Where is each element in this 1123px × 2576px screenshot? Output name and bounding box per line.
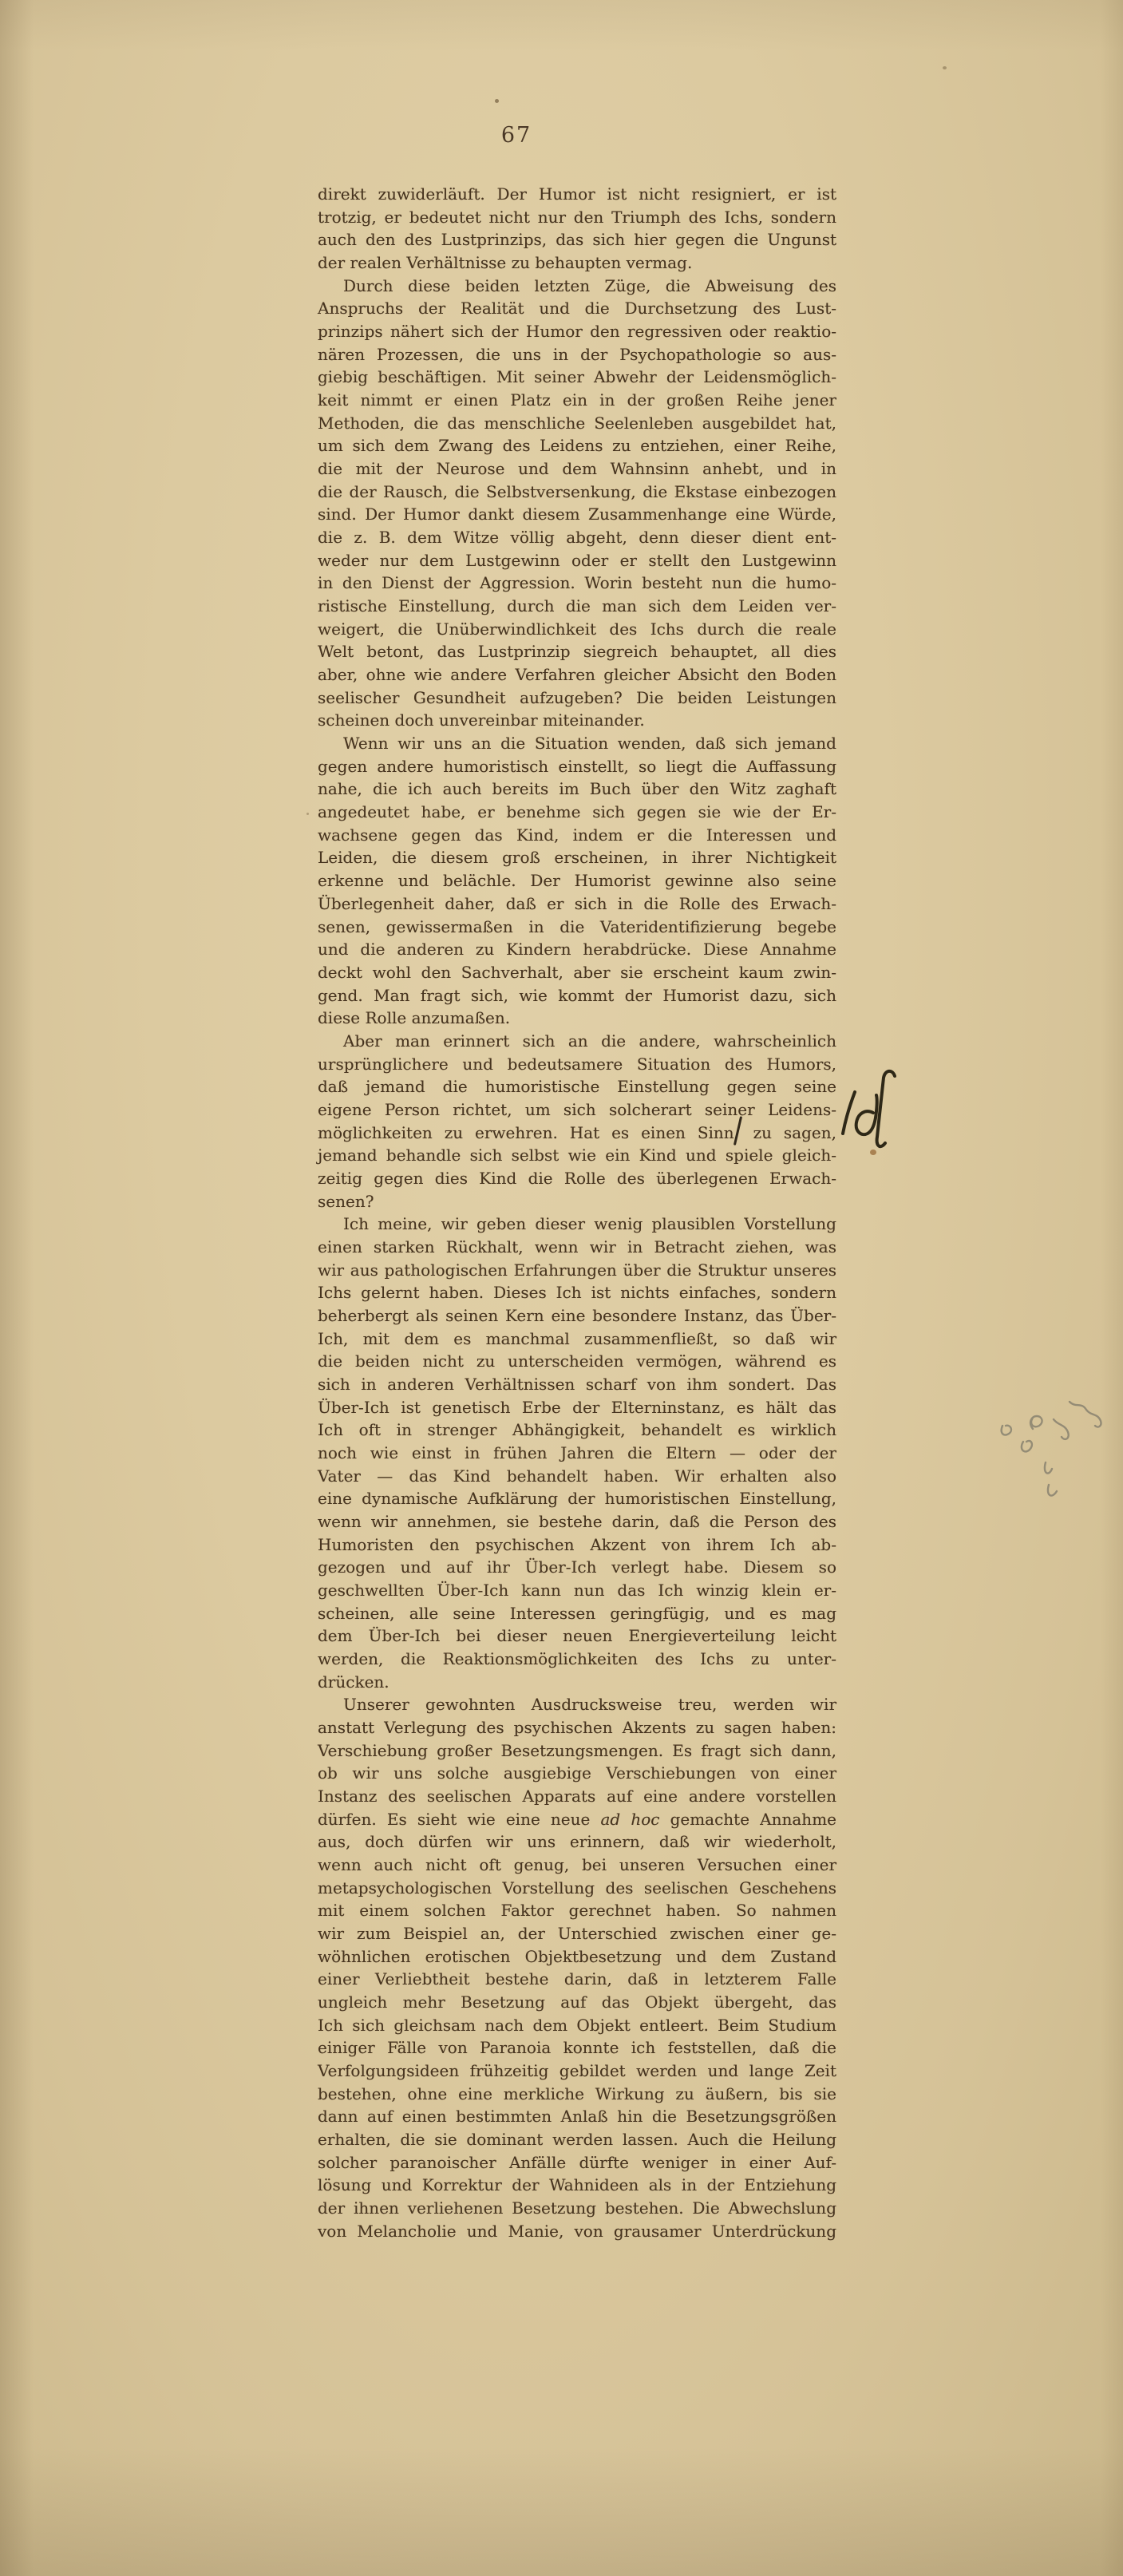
- text-line: ungleich mehr Besetzung auf das Objekt ü…: [318, 1991, 836, 2014]
- text-line: giebig beschäftigen. Mit seiner Abwehr d…: [318, 366, 836, 389]
- text-line: Ich oft in strenger Abhängigkeit, behand…: [318, 1419, 836, 1442]
- text-line: Vater — das Kind behandelt haben. Wir er…: [318, 1465, 836, 1488]
- scanned-book-page: { "document": { "page_number": "67", "la…: [0, 0, 1123, 2576]
- text-line: sind. Der Humor dankt diesem Zusammenhan…: [318, 503, 836, 526]
- text-line: scheinen, alle seine Interessen geringfü…: [318, 1602, 836, 1625]
- text-line: wachsene gegen das Kind, indem er die In…: [318, 824, 836, 847]
- text-line: direkt zuwiderläuft. Der Humor ist nicht…: [318, 183, 836, 206]
- text-line: wir zum Beispiel an, der Unterschied zwi…: [318, 1922, 836, 1945]
- text-line: Verfolgungsideen frühzeitig gebildet wer…: [318, 2060, 836, 2083]
- margin-pencil-annotation: [991, 1395, 1111, 1511]
- inline-pen-slash: [734, 1138, 741, 1138]
- text-line: bestehen, ohne eine merkliche Wirkung zu…: [318, 2083, 836, 2106]
- text-line: ristische Einstellung, durch die man sic…: [318, 595, 836, 618]
- text-line: metapsychologischen Vorstellung des seel…: [318, 1877, 836, 1900]
- text-line: die der Rausch, die Selbstversenkung, di…: [318, 481, 836, 504]
- text-line: scheinen doch unvereinbar miteinander.: [318, 709, 836, 732]
- text-line: solcher paranoischer Anfälle dürfte weni…: [318, 2151, 836, 2174]
- text-line: weder nur dem Lustgewinn oder er stellt …: [318, 549, 836, 572]
- text-line: nären Prozessen, die uns in der Psychopa…: [318, 343, 836, 366]
- text-line: eine dynamische Aufklärung der humoristi…: [318, 1487, 836, 1510]
- margin-ink-annotation: [832, 1063, 911, 1163]
- text-line: beherbergt als seinen Kern eine besonder…: [318, 1304, 836, 1328]
- text-line: Welt betont, das Lustprinzip siegreich b…: [318, 640, 836, 663]
- body-text-block: direkt zuwiderläuft. Der Humor ist nicht…: [318, 183, 836, 2242]
- text-line: wöhnlichen erotischen Objektbesetzung un…: [318, 1945, 836, 1969]
- page-number: 67: [476, 123, 556, 148]
- text-line: Ichs gelernt haben. Dieses Ich ist nicht…: [318, 1281, 836, 1304]
- ink-blot-speck: [870, 1150, 876, 1155]
- text-line: Methoden, die das menschliche Seelenlebe…: [318, 412, 836, 435]
- text-line: dann auf einen bestimmten Anlaß hin die …: [318, 2105, 836, 2128]
- text-line: prinzips nähert sich der Humor den regre…: [318, 320, 836, 343]
- text-line: anstatt Verlegung des psychischen Akzent…: [318, 1716, 836, 1739]
- text-line: senen, gewissermaßen in die Vateridentif…: [318, 916, 836, 939]
- text-line: dürfen. Es sieht wie eine neue ad hoc ge…: [318, 1808, 836, 1831]
- text-line: ob wir uns solche ausgiebige Verschiebun…: [318, 1762, 836, 1785]
- text-line: auch den des Lustprinzips, das sich hier…: [318, 228, 836, 251]
- text-line: erkenne und belächle. Der Humorist gewin…: [318, 869, 836, 892]
- text-line: Unserer gewohnten Ausdrucksweise treu, w…: [318, 1693, 836, 1716]
- text-line: eigene Person richtet, um sich solcherar…: [318, 1098, 836, 1122]
- text-line: diese Rolle anzumaßen.: [318, 1007, 836, 1030]
- text-line: seelischer Gesundheit aufzugeben? Die be…: [318, 687, 836, 710]
- text-line: und die anderen zu Kindern herabdrücke. …: [318, 938, 836, 961]
- text-line: der ihnen verliehenen Besetzung bestehen…: [318, 2197, 836, 2220]
- text-line: Instanz des seelischen Apparats auf eine…: [318, 1785, 836, 1808]
- text-line: Ich meine, wir geben dieser wenig plausi…: [318, 1213, 836, 1236]
- text-line: Leiden, die diesem groß erscheinen, in i…: [318, 846, 836, 869]
- italic-phrase: ad hoc: [600, 1810, 659, 1829]
- text-line: daß jemand die humoristische Einstellung…: [318, 1075, 836, 1098]
- text-line: gezogen und auf ihr Über-Ich verlegt hab…: [318, 1556, 836, 1579]
- text-line: Überlegenheit daher, daß er sich in die …: [318, 892, 836, 916]
- text-line: gegen andere humoristisch einstellt, so …: [318, 755, 836, 778]
- text-line: trotzig, er bedeutet nicht nur den Trium…: [318, 206, 836, 229]
- text-line: Verschiebung großer Besetzungsmengen. Es…: [318, 1739, 836, 1763]
- text-line: angedeutet habe, er benehme sich gegen s…: [318, 801, 836, 824]
- text-line: von Melancholie und Manie, von grausamer…: [318, 2220, 836, 2243]
- text-line: die z. B. dem Witze völlig abgeht, denn …: [318, 526, 836, 549]
- text-line: mit einem solchen Faktor gerechnet haben…: [318, 1899, 836, 1922]
- text-line: erhalten, die sie dominant werden lassen…: [318, 2128, 836, 2151]
- book-page: 67 direkt zuwiderläuft. Der Humor ist ni…: [0, 0, 1123, 2576]
- text-line: wenn wir annehmen, sie bestehe darin, da…: [318, 1510, 836, 1533]
- text-line: Ich sich gleichsam nach dem Objekt entle…: [318, 2014, 836, 2037]
- text-line: deckt wohl den Sachverhalt, aber sie ers…: [318, 961, 836, 984]
- text-line: Humoristen den psychischen Akzent von ih…: [318, 1533, 836, 1557]
- text-line: aus, doch dürfen wir uns erinnern, daß w…: [318, 1830, 836, 1854]
- text-line: werden, die Reaktionsmöglichkeiten des I…: [318, 1648, 836, 1671]
- text-line: Durch diese beiden letzten Züge, die Abw…: [318, 275, 836, 298]
- text-line: wir aus pathologischen Erfahrungen über …: [318, 1259, 836, 1282]
- text-line: gend. Man fragt sich, wie kommt der Humo…: [318, 984, 836, 1007]
- text-line: einer Verliebtheit bestehe darin, daß in…: [318, 1968, 836, 1991]
- text-line: drücken.: [318, 1671, 836, 1694]
- text-line: die beiden nicht zu unterscheiden vermög…: [318, 1350, 836, 1373]
- text-line: Wenn wir uns an die Situation wenden, da…: [318, 732, 836, 755]
- paper-speck: [943, 66, 947, 69]
- text-line: ursprünglichere und bedeutsamere Situati…: [318, 1053, 836, 1076]
- text-line: noch wie einst in frühen Jahren die Elte…: [318, 1442, 836, 1465]
- text-line: nahe, die ich auch bereits im Buch über …: [318, 778, 836, 801]
- text-line: möglichkeiten zu erwehren. Hat es einen …: [318, 1122, 836, 1145]
- text-line: zeitig gegen dies Kind die Rolle des übe…: [318, 1167, 836, 1190]
- text-line: geschwellten Über-Ich kann nun das Ich w…: [318, 1579, 836, 1602]
- text-line: jemand behandle sich selbst wie ein Kind…: [318, 1144, 836, 1167]
- text-line: wenn auch nicht oft genug, bei unseren V…: [318, 1854, 836, 1877]
- text-line: keit nimmt er einen Platz ein in der gro…: [318, 389, 836, 412]
- text-line: einen starken Rückhalt, wenn wir in Betr…: [318, 1236, 836, 1259]
- text-line: sich in anderen Verhältnissen scharf von…: [318, 1373, 836, 1396]
- text-line: lösung und Korrektur der Wahnideen als i…: [318, 2174, 836, 2197]
- text-line: Aber man erinnert sich an die andere, wa…: [318, 1030, 836, 1053]
- text-line: senen?: [318, 1190, 836, 1213]
- text-line: die mit der Neurose und dem Wahnsinn anh…: [318, 457, 836, 481]
- text-line: in den Dienst der Aggression. Worin best…: [318, 572, 836, 595]
- text-line: um sich dem Zwang des Leidens zu entzieh…: [318, 434, 836, 457]
- text-line: Über-Ich ist genetisch Erbe der Elternin…: [318, 1396, 836, 1419]
- paper-speck: [306, 813, 309, 815]
- text-line: weigert, die Unüberwindlichkeit des Ichs…: [318, 618, 836, 641]
- text-line: einiger Fälle von Paranoia konnte ich fe…: [318, 2036, 836, 2060]
- text-line: der realen Verhältnisse zu behaupten ver…: [318, 251, 836, 275]
- text-line: aber, ohne wie andere Verfahren gleicher…: [318, 663, 836, 687]
- text-line: dem Über-Ich bei dieser neuen Energiever…: [318, 1624, 836, 1648]
- paper-speck: [495, 99, 499, 103]
- text-line: Anspruchs der Realität und die Durchsetz…: [318, 297, 836, 320]
- text-line: Ich, mit dem es manchmal zusammenfließt,…: [318, 1328, 836, 1351]
